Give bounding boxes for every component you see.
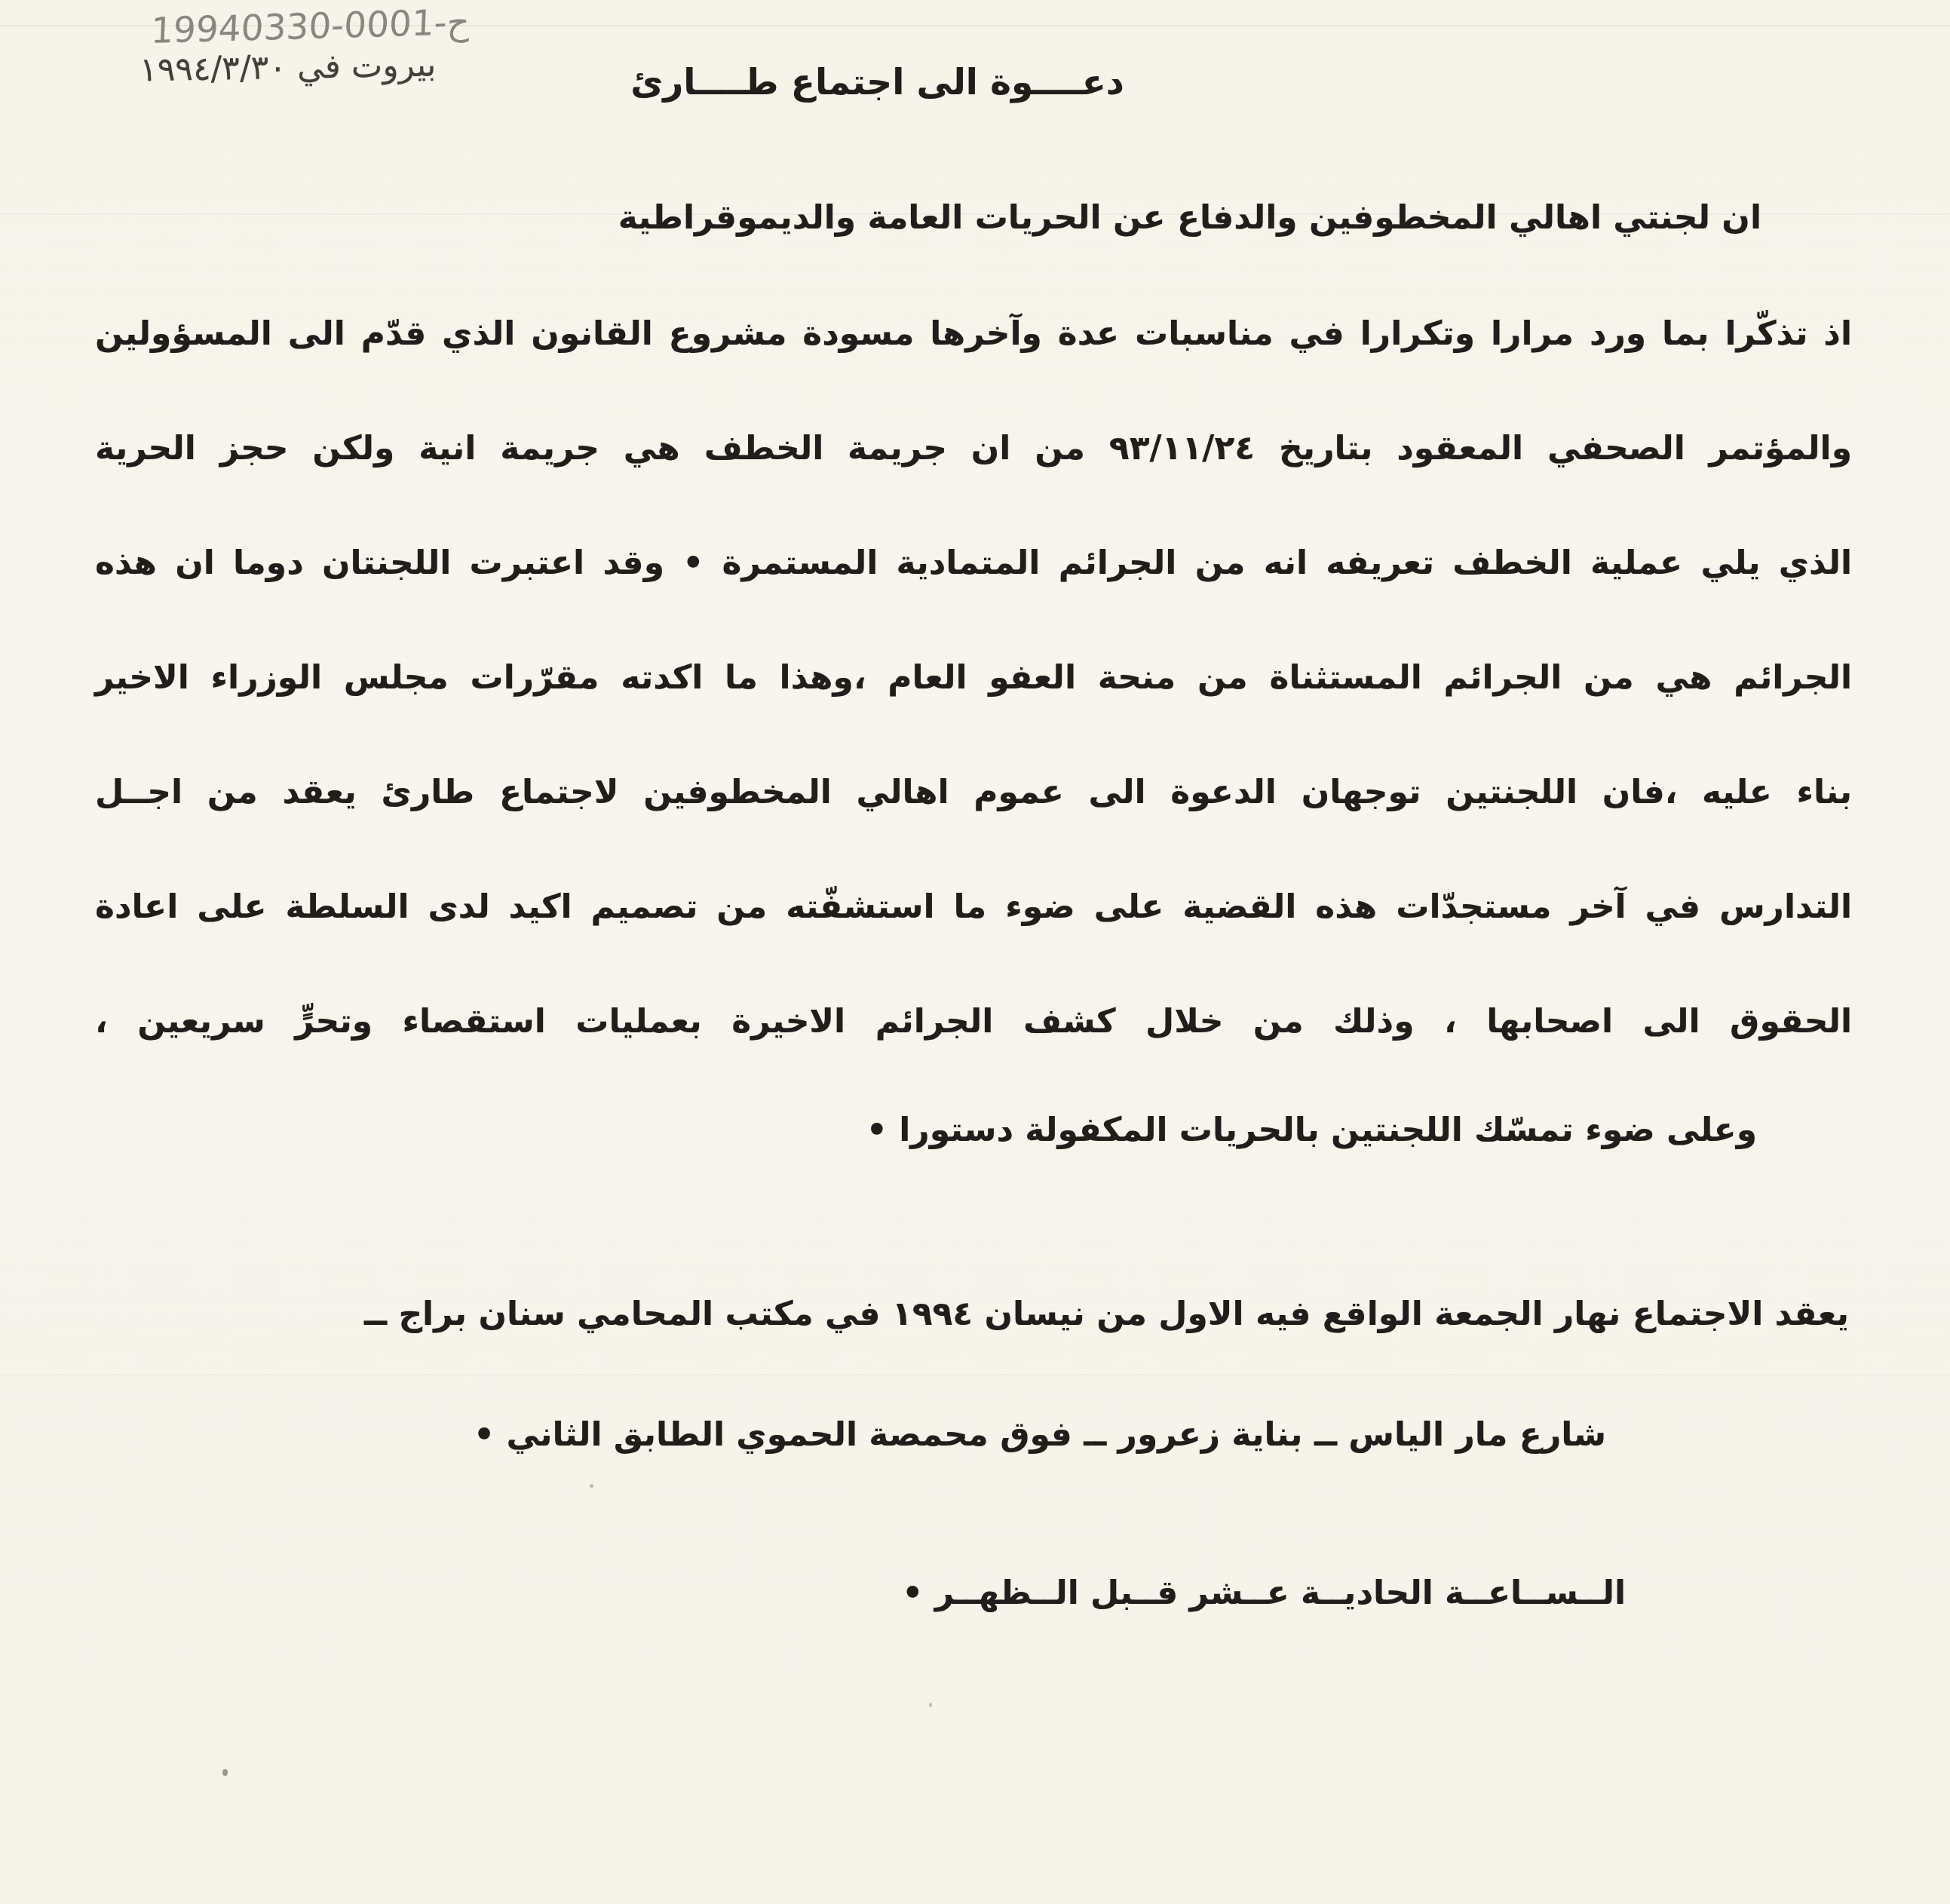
body-line: الحقوق الى اصحابها ، وذلك من خلال كشف ال… <box>95 998 1852 1045</box>
scan-artifact-line <box>0 1374 1950 1375</box>
body-line: بناء عليه ،فان اللجنتين توجهان الدعوة ال… <box>95 769 1852 816</box>
document-title: دعــــوة الى اجتماع طــــارئ <box>630 62 1124 103</box>
scan-speck <box>590 1484 593 1488</box>
scan-speck <box>222 1769 228 1776</box>
handwritten-archive-number: 19940330-0001-ح <box>150 2 471 52</box>
body-line: والمؤتمر الصحفي المعقود بتاريخ ٩٣/١١/٢٤ … <box>95 425 1852 472</box>
body-line: وعلى ضوء تمسّك اللجنتين بالحريات المكفول… <box>866 1107 1757 1154</box>
scanned-document-page: 19940330-0001-ح بيروت في ١٩٩٤/٣/٣٠ دعـــ… <box>0 0 1950 1904</box>
body-line: التدارس في آخر مستجدّات هذه القضية على ض… <box>95 884 1852 931</box>
meeting-details-line: شارع مار الياس ــ بناية زعرور ــ فوق محم… <box>474 1412 1606 1458</box>
intro-line: ان لجنتي اهالي المخطوفين والدفاع عن الحر… <box>618 195 1761 241</box>
meeting-details-line: يعقد الاجتماع نهار الجمعة الواقع فيه الا… <box>364 1291 1849 1338</box>
body-line: الذي يلي عملية الخطف تعريفه انه من الجرا… <box>95 540 1852 587</box>
handwritten-place-date: بيروت في ١٩٩٤/٣/٣٠ <box>140 46 437 90</box>
body-line: اذ تذكّرا بما ورد مرارا وتكرارا في مناسب… <box>95 311 1852 357</box>
scan-speck <box>929 1703 932 1707</box>
body-line: الجرائم هي من الجرائم المستثناة من منحة … <box>95 655 1852 701</box>
meeting-time-line: الــســاعــة الحاديــة عــشر قــبل الــظ… <box>902 1570 1626 1617</box>
